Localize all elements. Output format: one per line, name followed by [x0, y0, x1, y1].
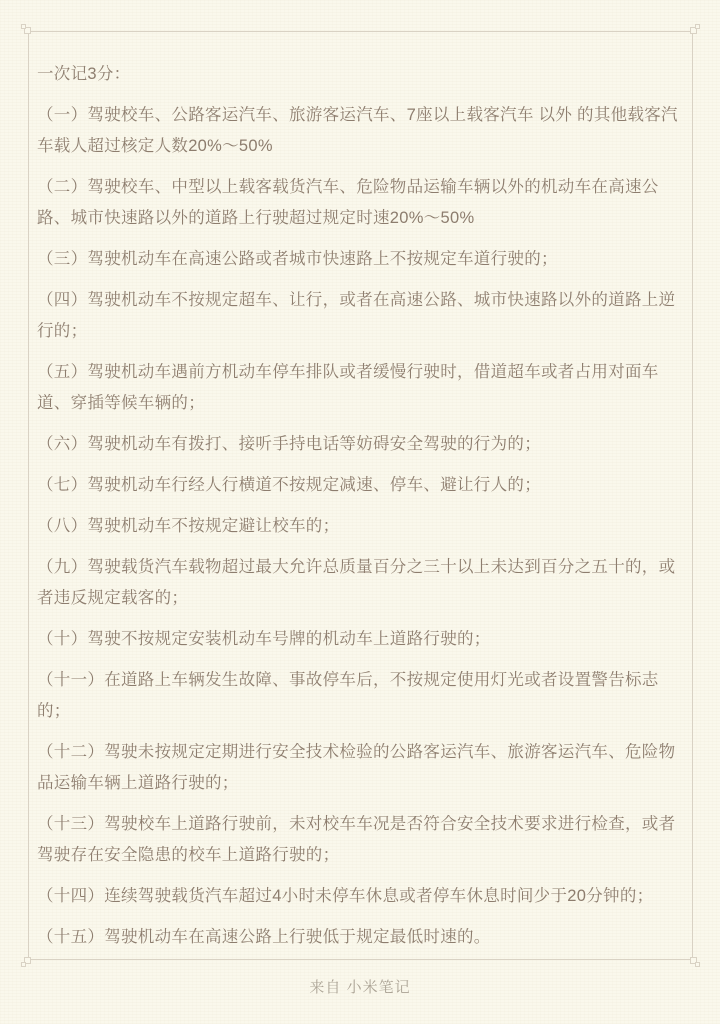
note-share-card: { "page": { "background_color": "#faf8ec…: [0, 0, 720, 1024]
footer-text: 来自 小米笔记: [309, 979, 410, 996]
list-item: （二）驾驶校车、中型以上载客载货汽车、危险物品运输车辆以外的机动车在高速公路、城…: [37, 172, 685, 234]
frame-corner-ornament-top-right: [690, 27, 697, 34]
list-item: （十二）驾驶未按规定定期进行安全技术检验的公路客运汽车、旅游客运汽车、危险物品运…: [37, 737, 685, 799]
list-item: （七）驾驶机动车行经人行横道不按规定减速、停车、避让行人的；: [37, 470, 685, 501]
list-item: （五）驾驶机动车遇前方机动车停车排队或者缓慢行驶时，借道超车或者占用对面车道、穿…: [37, 357, 685, 419]
frame-corner-ornament-bottom-left: [24, 957, 31, 964]
note-heading: 一次记3分：: [37, 59, 685, 90]
list-item: （十五）驾驶机动车在高速公路上行驶低于规定最低时速的。: [37, 922, 685, 953]
list-item: （六）驾驶机动车有拨打、接听手持电话等妨碍安全驾驶的行为的；: [37, 429, 685, 460]
footer-attribution: 来自 小米笔记: [0, 977, 720, 999]
list-item: （九）驾驶载货汽车载物超过最大允许总质量百分之三十以上未达到百分之五十的，或者违…: [37, 552, 685, 614]
list-item: （三）驾驶机动车在高速公路或者城市快速路上不按规定车道行驶的；: [37, 244, 685, 275]
frame-corner-ornament-bottom-right: [690, 957, 697, 964]
list-item: （四）驾驶机动车不按规定超车、让行，或者在高速公路、城市快速路以外的道路上逆行的…: [37, 285, 685, 347]
list-item: （十）驾驶不按规定安装机动车号牌的机动车上道路行驶的；: [37, 624, 685, 655]
list-item: （十三）驾驶校车上道路行驶前，未对校车车况是否符合安全技术要求进行检查，或者驾驶…: [37, 809, 685, 871]
list-item: （十四）连续驾驶载货汽车超过4小时未停车休息或者停车休息时间少于20分钟的；: [37, 881, 685, 912]
note-content: 一次记3分： （一）驾驶校车、公路客运汽车、旅游客运汽车、7座以上载客汽车 以外…: [29, 32, 692, 953]
list-item: （八）驾驶机动车不按规定避让校车的；: [37, 511, 685, 542]
decorative-frame: 一次记3分： （一）驾驶校车、公路客运汽车、旅游客运汽车、7座以上载客汽车 以外…: [28, 31, 693, 960]
list-item: （十一）在道路上车辆发生故障、事故停车后，不按规定使用灯光或者设置警告标志的；: [37, 665, 685, 727]
frame-corner-ornament-top-left: [24, 27, 31, 34]
list-item: （一）驾驶校车、公路客运汽车、旅游客运汽车、7座以上载客汽车 以外 的其他载客汽…: [37, 100, 685, 162]
